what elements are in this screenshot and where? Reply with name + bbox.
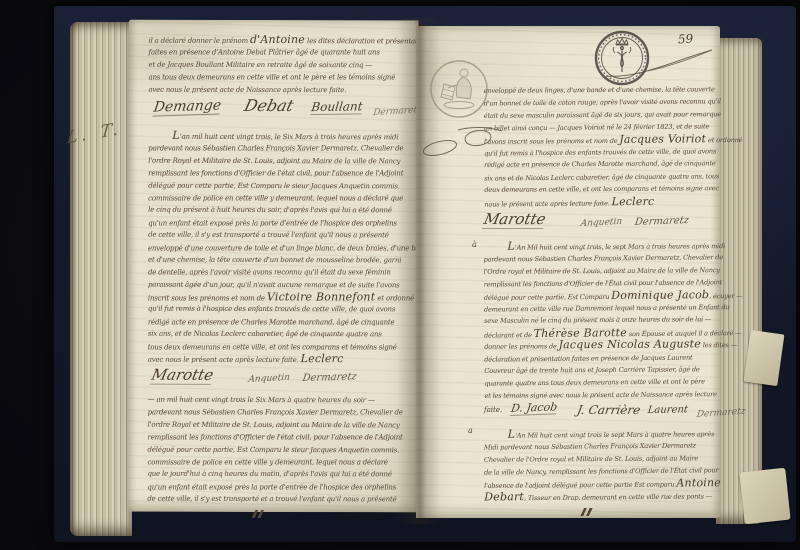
signature-row: faite. D. Jacob J. Carrière Laurent Derm… (484, 404, 720, 426)
signature-carriere: J. Carrière (576, 403, 642, 417)
right-act-jacob-text: L'An Mil huit cent vingt trois, le sept … (483, 239, 718, 402)
torn-paper-corner (739, 468, 790, 525)
entry-separator-mark (576, 508, 596, 516)
right-act-debart-opening-text: L'An Mil huit cent vingt trois le sept M… (484, 427, 719, 503)
right-act-voiriot-closing-text: enveloppé de deux linges, d'une bande et… (484, 83, 719, 209)
signature-laurent: Laurent (647, 404, 689, 416)
right-page: 59 (416, 26, 720, 518)
embossed-seated-figure-stamp-icon (428, 58, 490, 120)
signature-marotte: Marotte (482, 210, 547, 229)
closing-word: faite. (484, 406, 502, 414)
signature-jacob: D. Jacob (510, 400, 558, 416)
signature-officer: Dermaretz (302, 371, 358, 384)
entry-separator-mark (247, 510, 267, 518)
margin-note: a (468, 426, 473, 435)
signature-anquetin: Anquetin (580, 217, 623, 229)
torn-paper-tab (744, 330, 785, 386)
left-act-victoire-bonnefont-text: L'an mil huit cent vingt trois, le Six M… (148, 130, 411, 366)
signature-row: Demange Debat Boullant Dermaretz (150, 100, 412, 127)
left-page: il a déclaré donner le prénom d'Antoine … (127, 20, 418, 513)
left-act-next-opening-text: — an mil huit cent vingt trois le Six Ma… (147, 394, 409, 506)
page-number: 59 (678, 31, 694, 46)
page-edges-left-stack (70, 22, 132, 536)
signature-row: Marotte Anquetin Dermaretz (482, 212, 718, 236)
signature-officer: Dermaretz (634, 215, 690, 228)
photo-background: il a déclaré donner le prénom d'Antoine … (0, 0, 800, 550)
signature-boullant: Boullant (310, 99, 363, 115)
margin-note: à (472, 240, 477, 249)
left-act-antoine-closing-text: il a déclaré donner le prénom d'Antoine … (148, 34, 410, 97)
page-number-flourish (604, 46, 716, 80)
signature-debat: Debat (242, 96, 295, 115)
signature-anquetin: Anquetin (248, 373, 291, 385)
signature-officer: Dermaretz (372, 105, 422, 118)
signature-row: Marotte Anquetin Dermaretz (150, 368, 412, 393)
signature-marotte: Marotte (150, 366, 216, 385)
page-edges-right-stack (716, 38, 762, 524)
signature-demange: Demange (152, 97, 222, 116)
